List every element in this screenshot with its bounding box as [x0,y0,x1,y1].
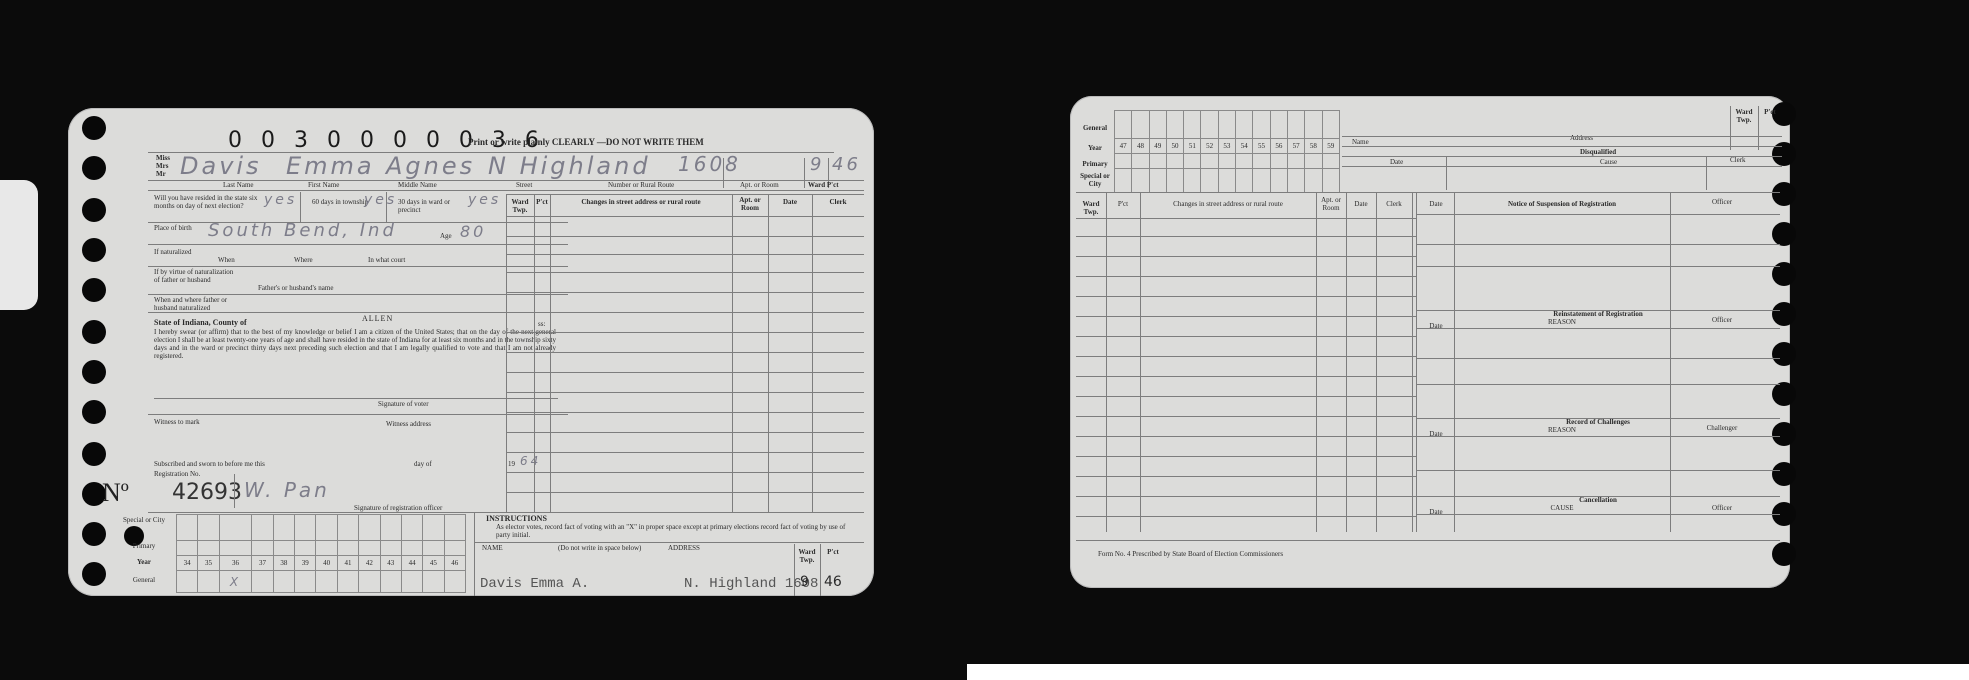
label-day-of: day of [414,460,432,468]
punch-hole [82,278,106,302]
suspension-date-label: Date [1418,200,1454,208]
cancellation-officer-label: Officer [1672,504,1772,512]
punch-hole [82,562,106,586]
suspension-officer-label: Officer [1672,198,1772,206]
col-ward-twp: Ward Twp. [508,198,532,214]
last-name-value: Davis [180,152,262,180]
label-ward-pct: Ward P'ct [808,181,839,189]
scan-edge-tab [0,180,38,310]
answer-township: yes [364,192,397,208]
label-if-naturalized: If naturalized [154,248,194,256]
punch-hole [82,116,106,140]
col-pct: P'ct [1106,200,1140,208]
col-changes-address: Changes in street address or rural route [552,198,730,206]
col-date: Date [1346,200,1376,208]
punch-hole [82,442,106,466]
label-father-naturalization: If by virtue of naturalization of father… [154,268,234,284]
middle-name-value: Agnes [386,152,475,180]
label-registration-no: Registration No. [154,470,200,478]
punch-hole [1772,342,1796,366]
col-clerk: Clerk [814,198,862,206]
col-date: Date [770,198,810,206]
label-street: Street [516,181,532,189]
grid-label-special: Special or City [1076,172,1114,188]
label-state-county: State of Indiana, County of [154,318,247,327]
question-ward: 30 days in ward or precinct [398,198,458,214]
punch-hole [82,522,106,546]
typed-voter-name: Davis Emma A. [480,576,589,592]
grid-label-general: General [1076,124,1114,132]
col-apt-room: Apt. or Room [734,196,766,212]
cancellation-title: Cancellation [1416,496,1780,504]
label-subscribed: Subscribed and sworn to before me this [154,460,265,468]
label-address: ADDRESS [668,544,700,552]
grid-label-general: General [116,576,172,584]
house-number-value: 1608 [678,152,741,176]
label-number: Number or Rural Route [608,181,674,189]
label-court: In what court [368,256,405,264]
cancellation-cause-label: CAUSE [1456,504,1668,512]
instructions-title: INSTRUCTIONS [486,514,547,523]
disqualified-title: Disqualified [1580,148,1616,156]
grid-label-primary: Primary [1076,160,1114,168]
label-age: Age [440,232,452,240]
typed-ward: 9 [800,574,809,590]
general-vote-mark: X [219,571,252,593]
label-year-prefix: 19 [508,460,515,468]
street-value: N Highland [488,152,651,180]
label-name: NAME [482,544,503,552]
label-where: Where [294,256,313,264]
typed-voter-address: N. Highland 1608 [684,576,818,592]
county-value: ALLEN [362,314,393,323]
punch-hole [82,156,106,180]
grid-label-primary: Primary [116,542,172,550]
label-apt: Apt. or Room [740,181,779,189]
label-do-not-write: (Do not write in space below) [558,544,641,552]
answer-ward: yes [468,192,501,208]
label-ward-twp-top: Ward Twp. [1730,108,1758,124]
place-of-birth-value: South Bend, Ind [208,220,397,241]
label-cause: Cause [1600,158,1617,166]
question-township: 60 days in township [312,198,372,206]
grid-label-year: Year [1076,144,1114,152]
header-instruction: Print or write plainly CLEARLY —DO NOT W… [468,138,704,147]
question-state-residency: Will you have resided in the state six m… [154,194,262,210]
label-name: Name [1352,138,1369,146]
ss-label: ss: [538,320,545,328]
oath-text: I hereby swear (or affirm) that to the b… [154,328,556,360]
label-middle-name: Middle Name [398,181,437,189]
label-signature-voter: Signature of voter [378,400,429,408]
punch-hole [82,238,106,262]
voting-grid-back: 47484950515253545556575859 [1114,110,1340,193]
punch-hole [1772,542,1796,566]
col-clerk: Clerk [1376,200,1412,208]
label-witness-mark: Witness to mark [154,418,200,426]
title-prefix: Miss Mrs Mr [156,154,170,178]
typed-pct: 46 [824,574,842,590]
blank-region [967,664,1969,680]
instructions-text: As elector votes, record fact of voting … [496,523,856,539]
punch-hole [82,198,106,222]
grid-label-special: Special or City [116,516,172,524]
label-pct-bottom: P'ct [821,548,845,556]
form-footer: Form No. 4 Prescribed by State Board of … [1098,550,1283,558]
col-ward-twp: Ward Twp. [1076,200,1106,216]
col-pct: P'ct [534,198,550,206]
number-symbol: Nº [102,478,129,508]
label-when-where-naturalized: When and where father or husband natural… [154,296,234,312]
voting-grid-front: 34353637383940414243444546 X [176,514,466,593]
label-ward-twp-bottom: Ward Twp. [795,548,819,564]
label-father-name: Father's or husband's name [258,284,333,292]
label-date: Date [1390,158,1403,166]
label-last-name: Last Name [223,181,254,189]
punch-hole [1772,222,1796,246]
punch-hole [82,360,106,384]
punch-hole [1772,182,1796,206]
punch-hole [1772,462,1796,486]
suspension-title: Notice of Suspension of Registration [1456,200,1668,208]
label-pct-top: P'ct [1758,108,1782,116]
punch-hole [82,320,106,344]
voter-registration-card-front: 0 0 3 0 0 0 0 0 3 6 Print or write plain… [68,108,874,596]
year-value: 64 [520,454,541,468]
pct-value: 46 [832,154,861,175]
label-officer-signature: Signature of registration officer [354,504,442,512]
challenges-challenger-label: Challenger [1672,424,1772,432]
reinstatement-officer-label: Officer [1672,316,1772,324]
ward-value: 9 [810,154,824,175]
label-witness-address: Witness address [386,420,431,428]
punch-hole [1772,382,1796,406]
label-clerk: Clerk [1730,156,1746,164]
voter-registration-card-back: General Year Primary Special or City 474… [1070,96,1790,588]
col-changes-address: Changes in street address or rural route [1142,200,1314,208]
challenges-reason-label: REASON [1456,426,1668,434]
label-place-of-birth: Place of birth [154,224,194,232]
label-when: When [218,256,235,264]
registration-number: 42693 [172,480,242,505]
label-first-name: First Name [308,181,339,189]
age-value: 80 [460,222,486,241]
punch-hole [82,400,106,424]
registration-officer-signature: W. Pan [244,478,330,502]
col-apt-room: Apt. or Room [1316,196,1346,212]
first-name-value: Emma [286,152,375,180]
grid-label-year: Year [116,558,172,566]
reinstatement-reason-label: REASON [1456,318,1668,326]
answer-state-residency: yes [264,192,297,208]
